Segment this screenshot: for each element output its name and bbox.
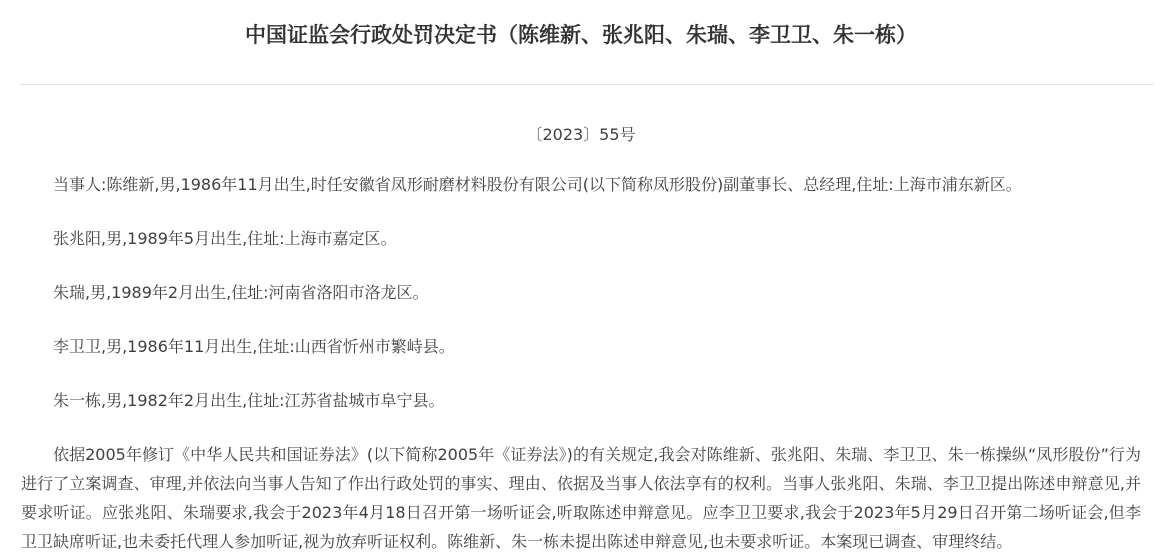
party-paragraph-zhu-yidong: 朱一栋,男,1982年2月出生,住址:江苏省盐城市阜宁县。 xyxy=(21,386,1141,415)
party-paragraph-zhu-rui: 朱瑞,男,1989年2月出生,住址:河南省洛阳市洛龙区。 xyxy=(21,278,1141,307)
title-divider xyxy=(20,84,1154,85)
case-procedure-paragraph: 依据2005年修订《中华人民共和国证券法》(以下简称2005年《证券法》)的有关… xyxy=(21,440,1141,556)
party-paragraph-li-weiwei: 李卫卫,男,1986年11月出生,住址:山西省忻州市繁峙县。 xyxy=(21,332,1141,361)
party-paragraph-zhang-zhaoyang: 张兆阳,男,1989年5月出生,住址:上海市嘉定区。 xyxy=(21,224,1141,253)
document-title: 中国证监会行政处罚决定书（陈维新、张兆阳、朱瑞、李卫卫、朱一栋） xyxy=(0,0,1162,49)
party-paragraph-chen-weixin: 当事人:陈维新,男,1986年11月出生,时任安徽省凤形耐磨材料股份有限公司(以… xyxy=(21,170,1141,199)
document-number: 〔2023〕55号 xyxy=(0,123,1162,146)
document-body: 当事人:陈维新,男,1986年11月出生,时任安徽省凤形耐磨材料股份有限公司(以… xyxy=(21,170,1141,556)
penalty-decision-document: 中国证监会行政处罚决定书（陈维新、张兆阳、朱瑞、李卫卫、朱一栋） 〔2023〕5… xyxy=(0,0,1162,558)
